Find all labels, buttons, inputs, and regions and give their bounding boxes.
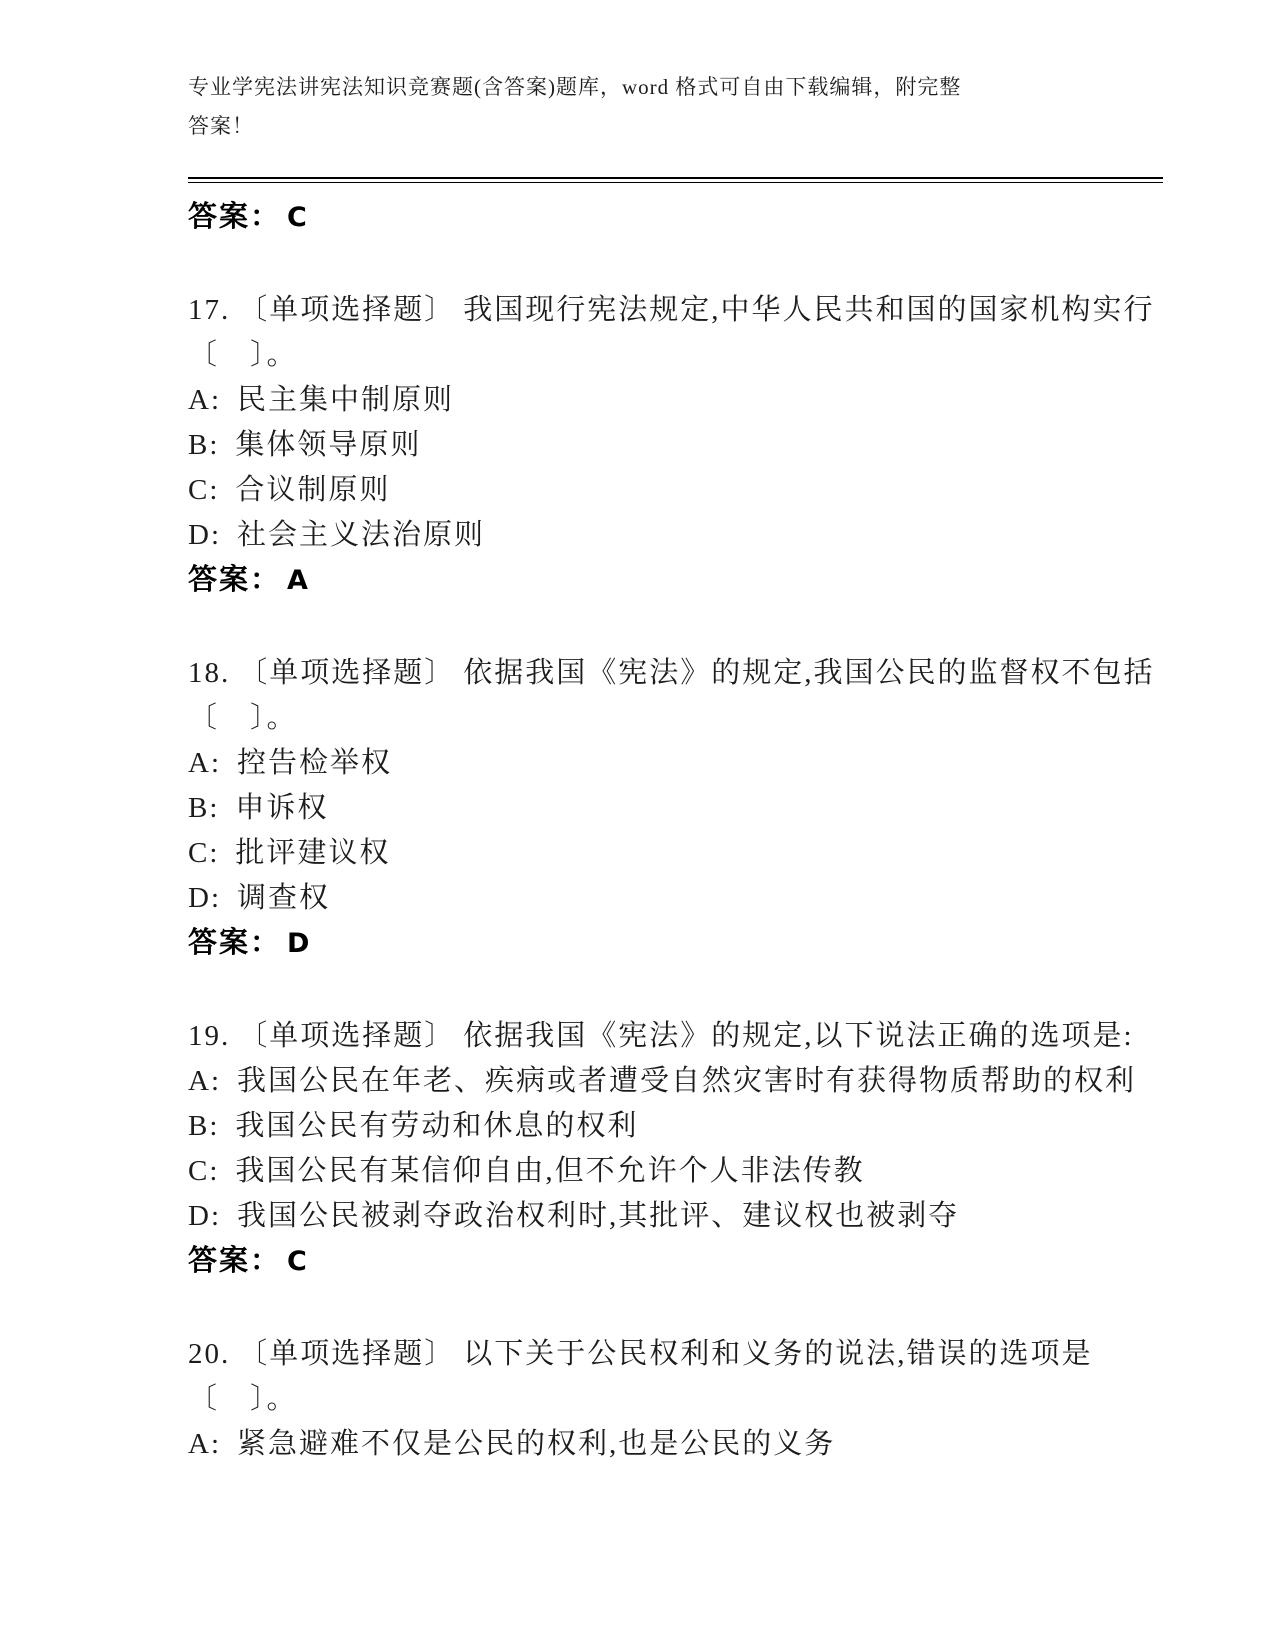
option-text: 我国公民在年老、疾病或者遭受自然灾害时有获得物质帮助的权利 xyxy=(237,1065,1136,1097)
question-text: 依据我国《宪法》的规定,以下说法正确的选项是: xyxy=(463,1020,1133,1052)
option-label: D: xyxy=(188,1200,221,1232)
option-row: A:我国公民在年老、疾病或者遭受自然灾害时有获得物质帮助的权利 xyxy=(188,1059,1173,1104)
option-label: B: xyxy=(188,792,219,824)
answer-value: D xyxy=(287,928,311,959)
question-stem: 19.〔单项选择题〕依据我国《宪法》的规定,以下说法正确的选项是: xyxy=(188,1014,1173,1059)
option-text: 调查权 xyxy=(237,882,330,914)
option-label: C: xyxy=(188,474,219,506)
option-text: 紧急避难不仅是公民的权利,也是公民的义务 xyxy=(237,1428,835,1460)
option-text: 合议制原则 xyxy=(235,474,390,506)
question-number: 18. xyxy=(188,657,230,689)
option-text: 集体领导原则 xyxy=(235,429,421,461)
carryover-answer-line: 答案：C xyxy=(188,195,1173,240)
answer-label: 答案： xyxy=(188,201,281,233)
question-type-tag: 〔单项选择题〕 xyxy=(238,657,455,689)
option-row: D:调查权 xyxy=(188,876,1173,921)
answer-line: 答案：C xyxy=(188,1239,1173,1284)
option-label: D: xyxy=(188,882,221,914)
document-body: 答案：C 17.〔单项选择题〕我国现行宪法规定,中华人民共和国的国家机构实行〔 … xyxy=(188,195,1173,1467)
answer-value: C xyxy=(287,1246,309,1277)
option-text: 社会主义法治原则 xyxy=(237,519,485,551)
answer-value: C xyxy=(287,202,309,233)
option-row: A:民主集中制原则 xyxy=(188,378,1173,423)
question-stem: 20.〔单项选择题〕以下关于公民权利和义务的说法,错误的选项是〔 〕。 xyxy=(188,1332,1173,1422)
option-row: C:批评建议权 xyxy=(188,831,1173,876)
answer-label: 答案： xyxy=(188,927,281,959)
question-type-tag: 〔单项选择题〕 xyxy=(238,294,455,326)
running-header-line-2: 答案！ xyxy=(188,107,1163,146)
option-label: A: xyxy=(188,1428,221,1460)
question-block-18: 18.〔单项选择题〕依据我国《宪法》的规定,我国公民的监督权不包括〔 〕。 A:… xyxy=(188,651,1173,966)
option-text: 控告检举权 xyxy=(237,747,392,779)
option-text: 民主集中制原则 xyxy=(237,384,454,416)
option-row: D:我国公民被剥夺政治权利时,其批评、建议权也被剥夺 xyxy=(188,1194,1173,1239)
option-label: A: xyxy=(188,384,221,416)
option-row: A:紧急避难不仅是公民的权利,也是公民的义务 xyxy=(188,1422,1173,1467)
question-stem: 18.〔单项选择题〕依据我国《宪法》的规定,我国公民的监督权不包括〔 〕。 xyxy=(188,651,1173,741)
question-stem: 17.〔单项选择题〕我国现行宪法规定,中华人民共和国的国家机构实行〔 〕。 xyxy=(188,288,1173,378)
option-row: B:集体领导原则 xyxy=(188,423,1173,468)
option-text: 申诉权 xyxy=(235,792,328,824)
answer-line: 答案：A xyxy=(188,558,1173,603)
answer-label: 答案： xyxy=(188,1245,281,1277)
question-type-tag: 〔单项选择题〕 xyxy=(238,1338,455,1370)
header-divider-rule xyxy=(188,177,1163,183)
option-label: D: xyxy=(188,519,221,551)
question-number: 20. xyxy=(188,1338,230,1370)
option-text: 我国公民有某信仰自由,但不允许个人非法传教 xyxy=(235,1155,864,1187)
document-page: 专业学宪法讲宪法知识竞赛题(含答案)题库，word 格式可自由下载编辑，附完整 … xyxy=(0,0,1275,1650)
option-label: B: xyxy=(188,429,219,461)
option-text: 我国公民被剥夺政治权利时,其批评、建议权也被剥夺 xyxy=(237,1200,959,1232)
option-row: C:合议制原则 xyxy=(188,468,1173,513)
answer-value: A xyxy=(287,565,310,596)
running-header: 专业学宪法讲宪法知识竞赛题(含答案)题库，word 格式可自由下载编辑，附完整 … xyxy=(188,68,1163,146)
answer-line: 答案：D xyxy=(188,921,1173,966)
option-row: B:申诉权 xyxy=(188,786,1173,831)
question-block-19: 19.〔单项选择题〕依据我国《宪法》的规定,以下说法正确的选项是: A:我国公民… xyxy=(188,1014,1173,1284)
option-row: A:控告检举权 xyxy=(188,741,1173,786)
option-label: A: xyxy=(188,747,221,779)
option-row: C:我国公民有某信仰自由,但不允许个人非法传教 xyxy=(188,1149,1173,1194)
option-row: B:我国公民有劳动和休息的权利 xyxy=(188,1104,1173,1149)
option-text: 批评建议权 xyxy=(235,837,390,869)
question-block-17: 17.〔单项选择题〕我国现行宪法规定,中华人民共和国的国家机构实行〔 〕。 A:… xyxy=(188,288,1173,603)
question-type-tag: 〔单项选择题〕 xyxy=(238,1020,455,1052)
question-number: 19. xyxy=(188,1020,230,1052)
option-label: C: xyxy=(188,837,219,869)
running-header-line-1: 专业学宪法讲宪法知识竞赛题(含答案)题库，word 格式可自由下载编辑，附完整 xyxy=(188,68,1163,107)
option-label: C: xyxy=(188,1155,219,1187)
question-number: 17. xyxy=(188,294,230,326)
option-row: D:社会主义法治原则 xyxy=(188,513,1173,558)
option-text: 我国公民有劳动和休息的权利 xyxy=(235,1110,638,1142)
option-label: B: xyxy=(188,1110,219,1142)
question-block-20: 20.〔单项选择题〕以下关于公民权利和义务的说法,错误的选项是〔 〕。 A:紧急… xyxy=(188,1332,1173,1467)
option-label: A: xyxy=(188,1065,221,1097)
answer-label: 答案： xyxy=(188,564,281,596)
